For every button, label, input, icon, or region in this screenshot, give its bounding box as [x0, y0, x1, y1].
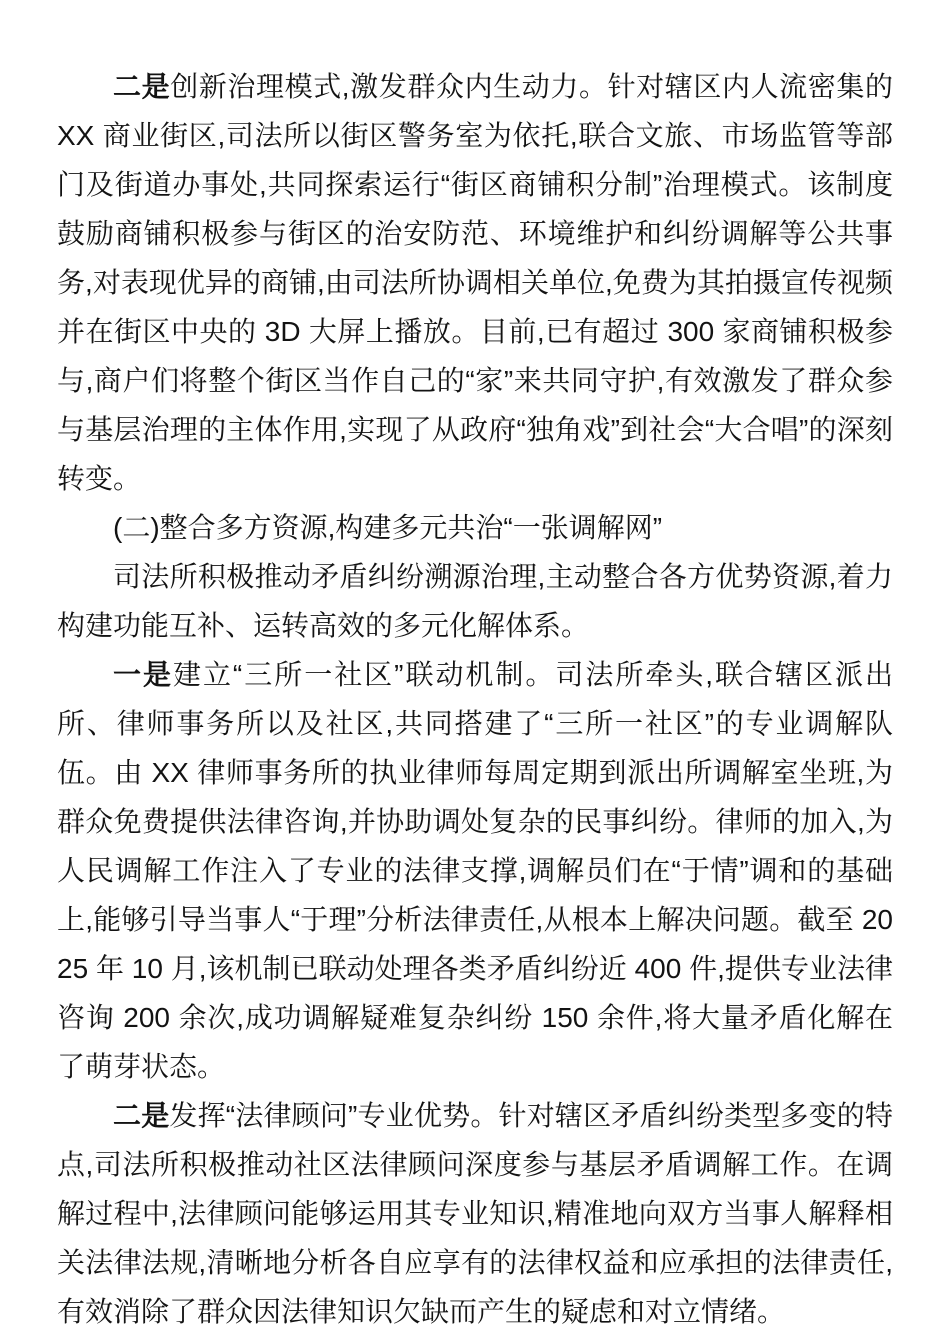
paragraph-text: 司法所积极推动矛盾纠纷溯源治理,主动整合各方优势资源,着力构建功能互补、运转高效… — [57, 561, 893, 641]
paragraph-bold-lead: 二是 — [113, 71, 170, 102]
paragraph-second-point-legal-advisor: 二是发挥“法律顾问”专业优势。针对辖区矛盾纠纷类型多变的特点,司法所积极推动社区… — [57, 1091, 893, 1336]
paragraph-text: 建立“三所一社区”联动机制。司法所牵头,联合辖区派出所、律师事务所以及社区,共同… — [57, 659, 893, 1082]
paragraph-text: 创新治理模式,激发群众内生动力。针对辖区内人流密集的 XX 商业街区,司法所以街… — [57, 71, 893, 494]
section-heading-text: (二)整合多方资源,构建多元共治“一张调解网” — [113, 512, 662, 543]
paragraph-bold-lead: 一是 — [113, 659, 173, 690]
paragraph-innovation-governance: 二是创新治理模式,激发群众内生动力。针对辖区内人流密集的 XX 商业街区,司法所… — [57, 62, 893, 503]
paragraph-bold-lead: 二是 — [113, 1100, 169, 1131]
document-page: 二是创新治理模式,激发群众内生动力。针对辖区内人流密集的 XX 商业街区,司法所… — [0, 0, 950, 1344]
paragraph-section-intro: 司法所积极推动矛盾纠纷溯源治理,主动整合各方优势资源,着力构建功能互补、运转高效… — [57, 552, 893, 650]
section-heading-two: (二)整合多方资源,构建多元共治“一张调解网” — [57, 503, 893, 552]
paragraph-first-point-linkage-mechanism: 一是建立“三所一社区”联动机制。司法所牵头,联合辖区派出所、律师事务所以及社区,… — [57, 650, 893, 1091]
paragraph-text: 发挥“法律顾问”专业优势。针对辖区矛盾纠纷类型多变的特点,司法所积极推动社区法律… — [57, 1100, 893, 1327]
